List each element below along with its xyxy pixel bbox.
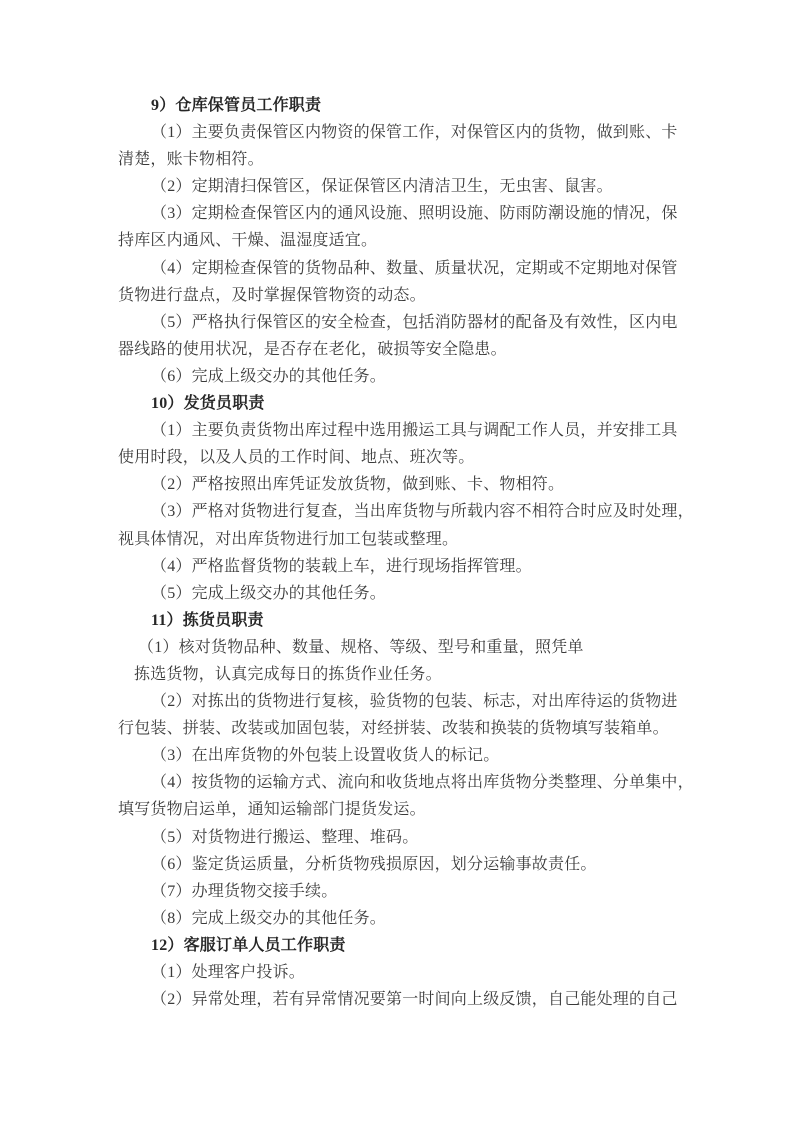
paragraph-line: （3）严格对货物进行复查，当出库货物与所载内容不相符合时应及时处理， (118, 498, 698, 525)
paragraph-line: （4）按货物的运输方式、流向和收货地点将出库货物分类整理、分单集中， (118, 769, 698, 796)
section-heading: 9）仓库保管员工作职责 (118, 92, 698, 119)
duty-section: 10）发货员职责 （1）主要负责货物出库过程中选用搬运工具与调配工作人员，并安排… (118, 390, 698, 607)
document-content: 9）仓库保管员工作职责 （1）主要负责保管区内物资的保管工作，对保管区内的货物，… (118, 92, 698, 1013)
paragraph-line: 清楚，账卡物相符。 (118, 146, 698, 173)
paragraph-line: 持库区内通风、干燥、温湿度适宜。 (118, 227, 698, 254)
duty-item: （1）主要负责保管区内物资的保管工作，对保管区内的货物，做到账、卡清楚，账卡物相… (118, 119, 698, 173)
duty-item: （4）严格监督货物的装载上车，进行现场指挥管理。 (118, 553, 698, 580)
duty-item: （7）办理货物交接手续。 (118, 878, 698, 905)
duty-item: （2）异常处理，若有异常情况要第一时间向上级反馈，自己能处理的自己 (118, 986, 698, 1013)
section-heading: 11）拣货员职责 (118, 607, 698, 634)
duty-section: 9）仓库保管员工作职责 （1）主要负责保管区内物资的保管工作，对保管区内的货物，… (118, 92, 698, 390)
duty-item: （1）主要负责货物出库过程中选用搬运工具与调配工作人员，并安排工具使用时段，以及… (118, 417, 698, 471)
paragraph-line: （1）处理客户投诉。 (118, 959, 698, 986)
paragraph-line: 行包装、拼装、改装或加固包装，对经拼装、改装和换装的货物填写装箱单。 (118, 715, 698, 742)
duty-item: （2）对拣出的货物进行复核，验货物的包装、标志，对出库待运的货物进行包装、拼装、… (118, 688, 698, 742)
duty-item: （1）处理客户投诉。 (118, 959, 698, 986)
paragraph-line: 视具体情况，对出库货物进行加工包装或整理。 (118, 526, 698, 553)
paragraph-line: （5）完成上级交办的其他任务。 (118, 580, 698, 607)
duty-item: （4）按货物的运输方式、流向和收货地点将出库货物分类整理、分单集中，填写货物启运… (118, 769, 698, 823)
paragraph-line: （3）定期检查保管区内的通风设施、照明设施、防雨防潮设施的情况，保 (118, 200, 698, 227)
duty-item: （2）严格按照出库凭证发放货物，做到账、卡、物相符。 (118, 471, 698, 498)
paragraph-line: 使用时段，以及人员的工作时间、地点、班次等。 (118, 444, 698, 471)
document-page: 9）仓库保管员工作职责 （1）主要负责保管区内物资的保管工作，对保管区内的货物，… (0, 0, 793, 1122)
duty-item: （5）完成上级交办的其他任务。 (118, 580, 698, 607)
paragraph-line: （6）鉴定货运质量，分析货物残损原因，划分运输事故责任。 (118, 851, 698, 878)
section-heading: 10）发货员职责 (118, 390, 698, 417)
duty-item: （3）定期检查保管区内的通风设施、照明设施、防雨防潮设施的情况，保持库区内通风、… (118, 200, 698, 254)
duty-item: （3）严格对货物进行复查，当出库货物与所载内容不相符合时应及时处理，视具体情况，… (118, 498, 698, 552)
duty-item: （8）完成上级交办的其他任务。 (118, 905, 698, 932)
paragraph-line: （2）异常处理，若有异常情况要第一时间向上级反馈，自己能处理的自己 (118, 986, 698, 1013)
paragraph-line: （5）严格执行保管区的安全检查，包括消防器材的配备及有效性，区内电 (118, 309, 698, 336)
duty-item: （5）对货物进行搬运、整理、堆码。 (118, 824, 698, 851)
section-heading: 12）客服订单人员工作职责 (118, 932, 698, 959)
duty-item: （2）定期清扫保管区，保证保管区内清洁卫生，无虫害、鼠害。 (118, 173, 698, 200)
duty-item: （6）完成上级交办的其他任务。 (118, 363, 698, 390)
paragraph-line: （2）定期清扫保管区，保证保管区内清洁卫生，无虫害、鼠害。 (118, 173, 698, 200)
duty-item: （1）核对货物品种、数量、规格、等级、型号和重量，照凭单拣选货物，认真完成每日的… (118, 634, 698, 688)
paragraph-line: （1）主要负责保管区内物资的保管工作，对保管区内的货物，做到账、卡 (118, 119, 698, 146)
paragraph-line: （2）对拣出的货物进行复核，验货物的包装、标志，对出库待运的货物进 (118, 688, 698, 715)
paragraph-line: （6）完成上级交办的其他任务。 (118, 363, 698, 390)
duty-section: 11）拣货员职责 （1）核对货物品种、数量、规格、等级、型号和重量，照凭单拣选货… (118, 607, 698, 932)
paragraph-line: 货物进行盘点，及时掌握保管物资的动态。 (118, 282, 698, 309)
paragraph-line: 拣选货物，认真完成每日的拣货作业任务。 (118, 661, 698, 688)
paragraph-line: （8）完成上级交办的其他任务。 (118, 905, 698, 932)
paragraph-line: （5）对货物进行搬运、整理、堆码。 (118, 824, 698, 851)
duty-item: （5）严格执行保管区的安全检查，包括消防器材的配备及有效性，区内电器线路的使用状… (118, 309, 698, 363)
paragraph-line: （3）在出库货物的外包装上设置收货人的标记。 (118, 742, 698, 769)
paragraph-line: （4）定期检查保管的货物品种、数量、质量状况，定期或不定期地对保管 (118, 255, 698, 282)
duty-section: 12）客服订单人员工作职责 （1）处理客户投诉。（2）异常处理，若有异常情况要第… (118, 932, 698, 1013)
paragraph-line: 填写货物启运单，通知运输部门提货发运。 (118, 796, 698, 823)
duty-item: （4）定期检查保管的货物品种、数量、质量状况，定期或不定期地对保管货物进行盘点，… (118, 255, 698, 309)
paragraph-line: （4）严格监督货物的装载上车，进行现场指挥管理。 (118, 553, 698, 580)
duty-item: （3）在出库货物的外包装上设置收货人的标记。 (118, 742, 698, 769)
paragraph-line: 器线路的使用状况，是否存在老化，破损等安全隐患。 (118, 336, 698, 363)
paragraph-line: （7）办理货物交接手续。 (118, 878, 698, 905)
paragraph-line: （1）核对货物品种、数量、规格、等级、型号和重量，照凭单 (118, 634, 698, 661)
paragraph-line: （2）严格按照出库凭证发放货物，做到账、卡、物相符。 (118, 471, 698, 498)
paragraph-line: （1）主要负责货物出库过程中选用搬运工具与调配工作人员，并安排工具 (118, 417, 698, 444)
duty-item: （6）鉴定货运质量，分析货物残损原因，划分运输事故责任。 (118, 851, 698, 878)
